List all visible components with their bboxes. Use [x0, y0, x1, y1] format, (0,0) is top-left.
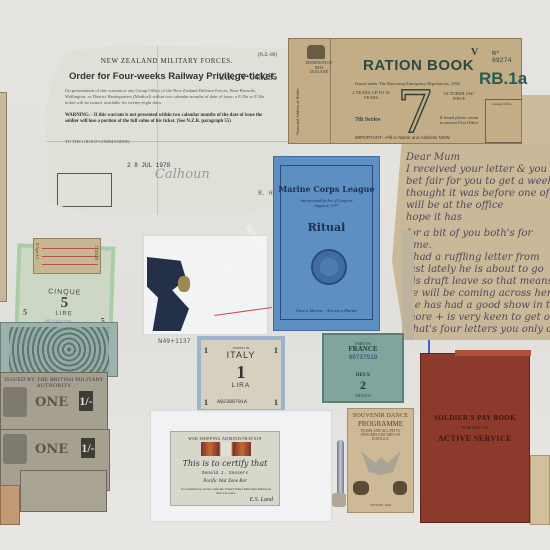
spine-text: Name and Address of Holder [295, 88, 300, 135]
booklet-heading: Ritual [274, 221, 379, 234]
cert-award: Pacific War Zone Bar [171, 479, 279, 484]
letter-line: I had a ruffling letter from [406, 252, 540, 263]
letter-line: hope it has [406, 212, 462, 223]
note-value: 1/- [81, 438, 95, 458]
ration-series: 7th Series [355, 117, 380, 123]
note-corner: 1 [274, 398, 278, 407]
insignia-bag [143, 235, 268, 335]
letter-line: He has had a good show in to [406, 300, 550, 311]
souvenir-dance-programme: SOUVENIR DANCE PROGRAMME TEAMS AND ALL P… [347, 408, 414, 513]
paybook-line3: ACTIVE SERVICE [421, 434, 529, 443]
programme-line1: SOUVENIR DANCE [348, 413, 413, 419]
warrant-to: TO THE GROUP COMMANDER, [65, 139, 130, 144]
issuing-office-label: Issuing Office [492, 102, 512, 106]
note-corner: 1 [274, 346, 278, 355]
right-edge-card [530, 455, 550, 525]
metal-pin-icon [178, 276, 190, 292]
ration-book: Name and Address of Holder DOMINION OF N… [288, 38, 522, 144]
coat-of-arms-icon [307, 45, 325, 59]
letter-line: That's four letters you only one [406, 324, 550, 335]
war-zone-bar-certificate: WAR SHIPPING ADMINISTRATION This is to c… [170, 431, 280, 506]
green-banknote [0, 322, 118, 377]
paybook-line1: SOLDIER'S PAY BOOK [421, 414, 529, 422]
ration-if-lost: If found please return to nearest Post O… [439, 115, 479, 125]
letter-top-fragment [522, 95, 550, 147]
note-serial: 90737519 [324, 354, 402, 361]
booklet-title: Marine Corps League [274, 184, 379, 194]
letter-line: Dear Mum [406, 152, 460, 163]
letter-line: more + is very keen to get over [406, 312, 550, 323]
eagle-icon [361, 445, 401, 475]
ration-issue: OCTOBER 1947 ISSUE [439, 91, 479, 101]
soldiers-pay-book: SOLDIER'S PAY BOOK FOR USE ON ACTIVE SER… [420, 353, 530, 523]
letter-line: will be at the office [406, 200, 503, 211]
bag-label: N49+1137 [158, 338, 190, 345]
note-corner: 1 [204, 398, 208, 407]
note-denomination: ONE [35, 395, 68, 410]
note-corner: 5 [23, 308, 27, 317]
programme-footer: WINTER 1944 [348, 503, 413, 507]
booklet-motto: Once a Marine - Always a Marine [274, 308, 379, 313]
railway-warrant: (N.Z.-89) NEW ZEALAND MILITARY FORCES. O… [45, 45, 289, 215]
red-thread [214, 307, 272, 316]
warrant-number: U.K. Nº 045235 [219, 72, 277, 82]
note-country: FRANCE [324, 345, 402, 353]
ration-code: RB.1a [479, 69, 527, 89]
paper-strip [402, 230, 414, 340]
note-currency: LIRA [201, 382, 281, 389]
booklet-subtitle: Incorporated by Act of Congress August 4… [274, 198, 379, 208]
british-military-note [20, 470, 107, 512]
warrant-body: On presentation of this warrant at any G… [65, 88, 270, 106]
marine-corps-league-booklet: Marine Corps League Incorporated by Act … [273, 156, 380, 331]
letter-line: bet fair for you to get a week [406, 176, 550, 187]
ration-title: RATION BOOK [363, 57, 474, 74]
tram-ticket: 8 Apr 44 174928 [33, 238, 101, 274]
ration-serial-prefix: V [471, 47, 478, 58]
ticket-stripe [42, 256, 98, 257]
italy-1-lira-note: ISSUED IN ITALY 1 LIRA A02388791A 1 1 1 … [197, 336, 285, 413]
fountain-pen [337, 440, 344, 495]
cert-certify: This is to certify that [171, 459, 279, 468]
ticket-number: 174928 [93, 245, 98, 260]
cert-signature: E.S. Land [249, 497, 273, 503]
stamp-box [57, 173, 112, 207]
letter-line: he will be coming across here [406, 288, 550, 299]
crown-icon [3, 387, 27, 417]
cert-name: Donald J. Gossers [171, 471, 279, 476]
programme-line2: PROGRAMME [348, 420, 413, 428]
ration-age: 2 YEARS UP TO 10 YEARS [351, 90, 391, 100]
pen-clip [332, 493, 346, 507]
cloth-insignia [147, 257, 203, 331]
letter-line: his draft leave so that means [406, 276, 550, 287]
note-corner: 1 [204, 346, 208, 355]
note-pattern [9, 327, 109, 372]
ration-important: IMPORTANT—Fill in Name and Address NOW [355, 135, 450, 140]
warrant-header: NEW ZEALAND MILITARY FORCES. [45, 57, 289, 65]
note-currency: FRANCS [324, 393, 402, 398]
letter-line: thought it was before one of [406, 188, 549, 199]
ration-big-number: 7 [397, 83, 434, 141]
programme-line3: TEAMS AND ALL PETTY OFFICERS AND MEN OF … [348, 429, 413, 442]
cert-text: for satisfactory service with the United… [179, 487, 273, 495]
letter-line: just lately he is about to go [406, 264, 544, 275]
note-country: ITALY [201, 350, 281, 360]
issuing-office-box: Issuing Office [485, 99, 523, 143]
france-2-francs-note: EMIS EN FRANCE 90737519 DEUX 2 FRANCS [322, 333, 404, 403]
warrant-warning: WARNING. - If this warrant is not presen… [65, 113, 270, 125]
bear-icon [393, 481, 407, 495]
warrant-signature: Calhoun [155, 167, 210, 182]
paybook-line2: FOR USE ON [421, 425, 529, 430]
paybook-spine-edge [455, 350, 531, 356]
handwritten-letter: Dear Mum I received your letter & you be… [392, 144, 550, 340]
note-denomination: ONE [35, 442, 68, 457]
ribbon-bar-icon [201, 442, 251, 456]
note-value: 1 [201, 362, 281, 383]
note-value: 1/- [79, 391, 93, 411]
bear-icon [353, 481, 369, 495]
ticket-date: 8 Apr 44 [35, 243, 40, 259]
letter-line: for a bit of you both's for [406, 228, 532, 239]
note-value: 2 [324, 378, 402, 393]
cert-header: WAR SHIPPING ADMINISTRATION [171, 436, 279, 441]
ration-serial: Nº 69274 [492, 50, 521, 64]
small-ticket [0, 485, 20, 525]
note-serial: A02388791A [217, 399, 247, 405]
ticket-stripe [42, 248, 98, 249]
crown-icon [3, 434, 27, 464]
ticket-stripe [42, 264, 98, 265]
left-edge-book [0, 92, 7, 302]
letter-line: I received your letter & you [406, 164, 547, 175]
eagle-globe-anchor-emblem-icon [311, 249, 347, 285]
ration-dominion: DOMINION OF NEW ZEALAND [305, 61, 333, 75]
